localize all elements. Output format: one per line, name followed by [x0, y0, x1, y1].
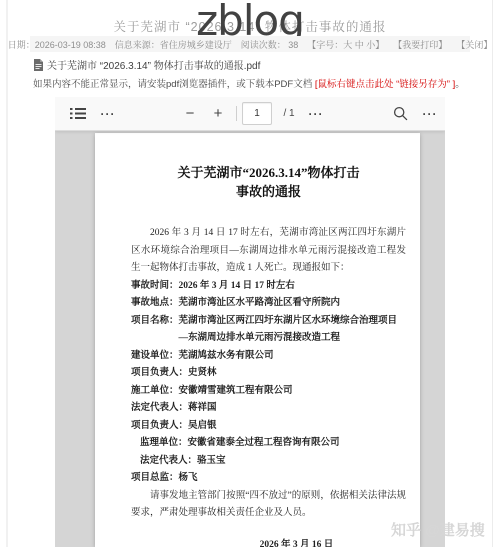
- field-project-name: 项目名称： 芜湖市湾沚区两江四圩东湖片区水环境综合治理项目—东湖周边排水单元雨污…: [131, 313, 406, 348]
- close-link[interactable]: 【关闭】: [456, 38, 492, 51]
- document-field-list: 事故时间： 2026 年 3 月 14 日 17 时左右 事故地点： 芜湖市湾沚…: [131, 278, 406, 488]
- search-icon[interactable]: [389, 97, 411, 130]
- pdf-attachment-label[interactable]: 关于芜湖市 “2026.3.14” 物体打击事故的通报.pdf: [47, 57, 260, 72]
- field-accident-time: 事故时间： 2026 年 3 月 14 日 17 时左右: [131, 278, 406, 296]
- document-date: 2026 年 3 月 16 日: [131, 537, 406, 547]
- field-accident-place: 事故地点： 芜湖市湾沚区水平路湾沚区看守所院内: [131, 295, 406, 313]
- pdf-attachment-link[interactable]: 关于芜湖市 “2026.3.14” 物体打击事故的通报.pdf: [33, 57, 260, 72]
- more-options-icon[interactable]: ···: [97, 97, 119, 130]
- field-construction-unit: 建设单位： 芜湖鸠兹水务有限公司: [131, 348, 406, 366]
- font-size-switch[interactable]: 【字号：大 中 小】: [307, 38, 384, 51]
- field-legal-rep-2: 法定代表人： 骆玉宝: [140, 453, 406, 471]
- pdf-page: 关于芜湖市“2026.3.14”物体打击 事故的通报 2026 年 3 月 14…: [95, 133, 420, 547]
- field-project-manager-2: 项目负责人： 吴启银: [131, 418, 406, 436]
- zoom-in-button[interactable]: +: [207, 97, 229, 130]
- hint-period: 。: [455, 79, 465, 90]
- field-supervision-unit: 监理单位： 安徽省建泰全过程工程咨询有限公司: [140, 435, 406, 453]
- document-title: 关于芜湖市“2026.3.14”物体打击 事故的通报: [131, 163, 406, 201]
- zoom-out-button[interactable]: −: [179, 97, 201, 130]
- viewer-menu-icon[interactable]: ···: [419, 97, 441, 130]
- pdf-viewer: ··· − + / 1 ··· ··· 关于芜湖市“2026.3.14”物体打击…: [55, 97, 445, 547]
- page-number-input[interactable]: [242, 102, 272, 125]
- field-builder-unit: 施工单位： 安徽靖雪建筑工程有限公司: [131, 383, 406, 401]
- document-paragraph-2: 请事发地主管部门按照“四不放过”的原则，依据相关法律法规要求，严肃处理事故相关责…: [131, 488, 406, 523]
- save-as-link[interactable]: [鼠标右键点击此处 “链接另存为” ]: [315, 79, 455, 90]
- page-right-border: [492, 0, 493, 547]
- meta-source: 信息来源：省住房城乡建设厅: [115, 38, 232, 51]
- meta-views: 阅读次数： 38: [241, 38, 299, 51]
- field-project-manager-1: 项目负责人： 史贤林: [131, 365, 406, 383]
- outline-icon[interactable]: [67, 97, 89, 130]
- page-number-field: [241, 97, 273, 130]
- page-total-label: / 1: [277, 97, 301, 130]
- zhihu-watermark: 知乎 @建易搜: [391, 519, 485, 540]
- attachment-icon: [33, 59, 44, 71]
- article-meta-bar: 日期：2026-03-19 08:38 信息来源：省住房城乡建设厅 阅读次数： …: [30, 36, 470, 52]
- field-legal-rep-1: 法定代表人： 蒋祥国: [131, 400, 406, 418]
- document-title-line2: 事故的通报: [131, 182, 406, 201]
- meta-date: 日期：2026-03-19 08:38: [8, 38, 106, 51]
- hint-text: 如果内容不能正常显示，请安装pdf浏览器插件，或下载本PDF文档: [33, 79, 315, 90]
- document-paragraph-1: 2026 年 3 月 14 日 17 时左右，芜湖市湾沚区两江四圩东湖片区水环境…: [131, 225, 406, 278]
- page-more-icon[interactable]: ···: [305, 97, 327, 130]
- page-left-border: [6, 0, 8, 547]
- pdf-fallback-hint: 如果内容不能正常显示，请安装pdf浏览器插件，或下载本PDF文档 [鼠标右键点击…: [33, 76, 465, 90]
- document-title-line1: 关于芜湖市“2026.3.14”物体打击: [131, 163, 406, 182]
- pdf-toolbar: ··· − + / 1 ··· ···: [55, 97, 445, 131]
- field-chief-supervisor: 项目总监： 杨飞: [131, 470, 406, 488]
- print-link[interactable]: 【我要打印】: [393, 38, 447, 51]
- toolbar-separator: [233, 97, 239, 130]
